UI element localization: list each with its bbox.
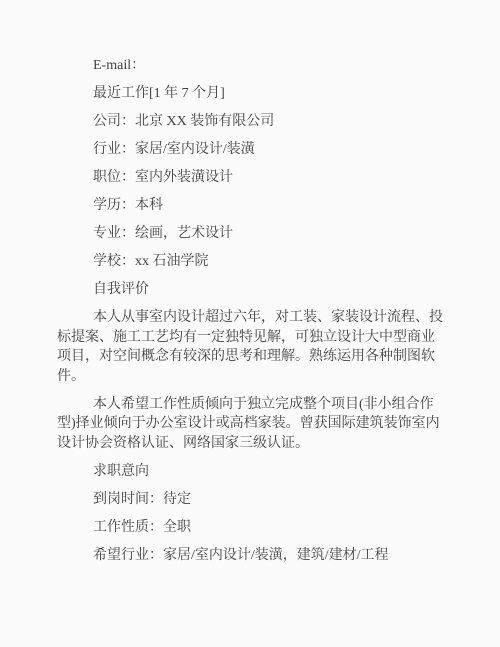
field-industry: 行业：家居/室内设计/装潢	[57, 140, 447, 160]
field-job-nature: 工作性质：全职	[57, 518, 447, 538]
school-value: xx 石油学院	[135, 254, 209, 269]
job-nature-value: 全职	[163, 520, 191, 535]
heading-job-intention: 求职意向	[57, 462, 447, 482]
position-label: 职位：	[93, 170, 135, 185]
degree-label: 学历：	[93, 198, 135, 213]
self-evaluation-paragraph-2: 本人希望工作性质倾向于独立完成整个项目(非小组合作型)择业倾向于办公室设计或高档…	[57, 395, 447, 454]
recent-work-title: 最近工作[1 年 7 个月]	[57, 84, 447, 104]
job-nature-label: 工作性质：	[93, 520, 163, 535]
resume-document: E-mail： 最近工作[1 年 7 个月] 公司：北京 XX 装饰有限公司 行…	[57, 56, 447, 574]
field-education-degree: 学历：本科	[57, 196, 447, 216]
industry-label: 行业：	[93, 142, 135, 157]
page: { "page": { "background": "#fbfbfb", "te…	[0, 0, 500, 647]
self-evaluation-paragraph-1: 本人从事室内设计超过六年，对工装、家装设计流程、投标提案、施工工艺均有一定独特见…	[57, 308, 447, 386]
heading-self-evaluation: 自我评价	[57, 280, 447, 300]
major-value: 绘画，艺术设计	[135, 226, 233, 241]
field-email: E-mail：	[57, 56, 447, 76]
field-major: 专业：绘画，艺术设计	[57, 224, 447, 244]
school-label: 学校：	[93, 254, 135, 269]
position-value: 室内外装潢设计	[135, 170, 233, 185]
field-school: 学校：xx 石油学院	[57, 252, 447, 272]
start-date-label: 到岗时间：	[93, 492, 163, 507]
company-value: 北京 XX 装饰有限公司	[135, 114, 274, 129]
field-company: 公司：北京 XX 装饰有限公司	[57, 112, 447, 132]
industry-value: 家居/室内设计/装潢	[135, 142, 255, 157]
email-label: E-mail：	[93, 58, 145, 73]
company-label: 公司：	[93, 114, 135, 129]
major-label: 专业：	[93, 226, 135, 241]
start-date-value: 待定	[163, 492, 191, 507]
desired-industry-label: 希望行业：	[93, 548, 163, 563]
field-start-date: 到岗时间：待定	[57, 490, 447, 510]
field-position: 职位：室内外装潢设计	[57, 168, 447, 188]
desired-industry-value: 家居/室内设计/装潢，建筑/建材/工程	[163, 548, 389, 563]
field-desired-industry: 希望行业：家居/室内设计/装潢，建筑/建材/工程	[57, 546, 447, 566]
degree-value: 本科	[135, 198, 163, 213]
